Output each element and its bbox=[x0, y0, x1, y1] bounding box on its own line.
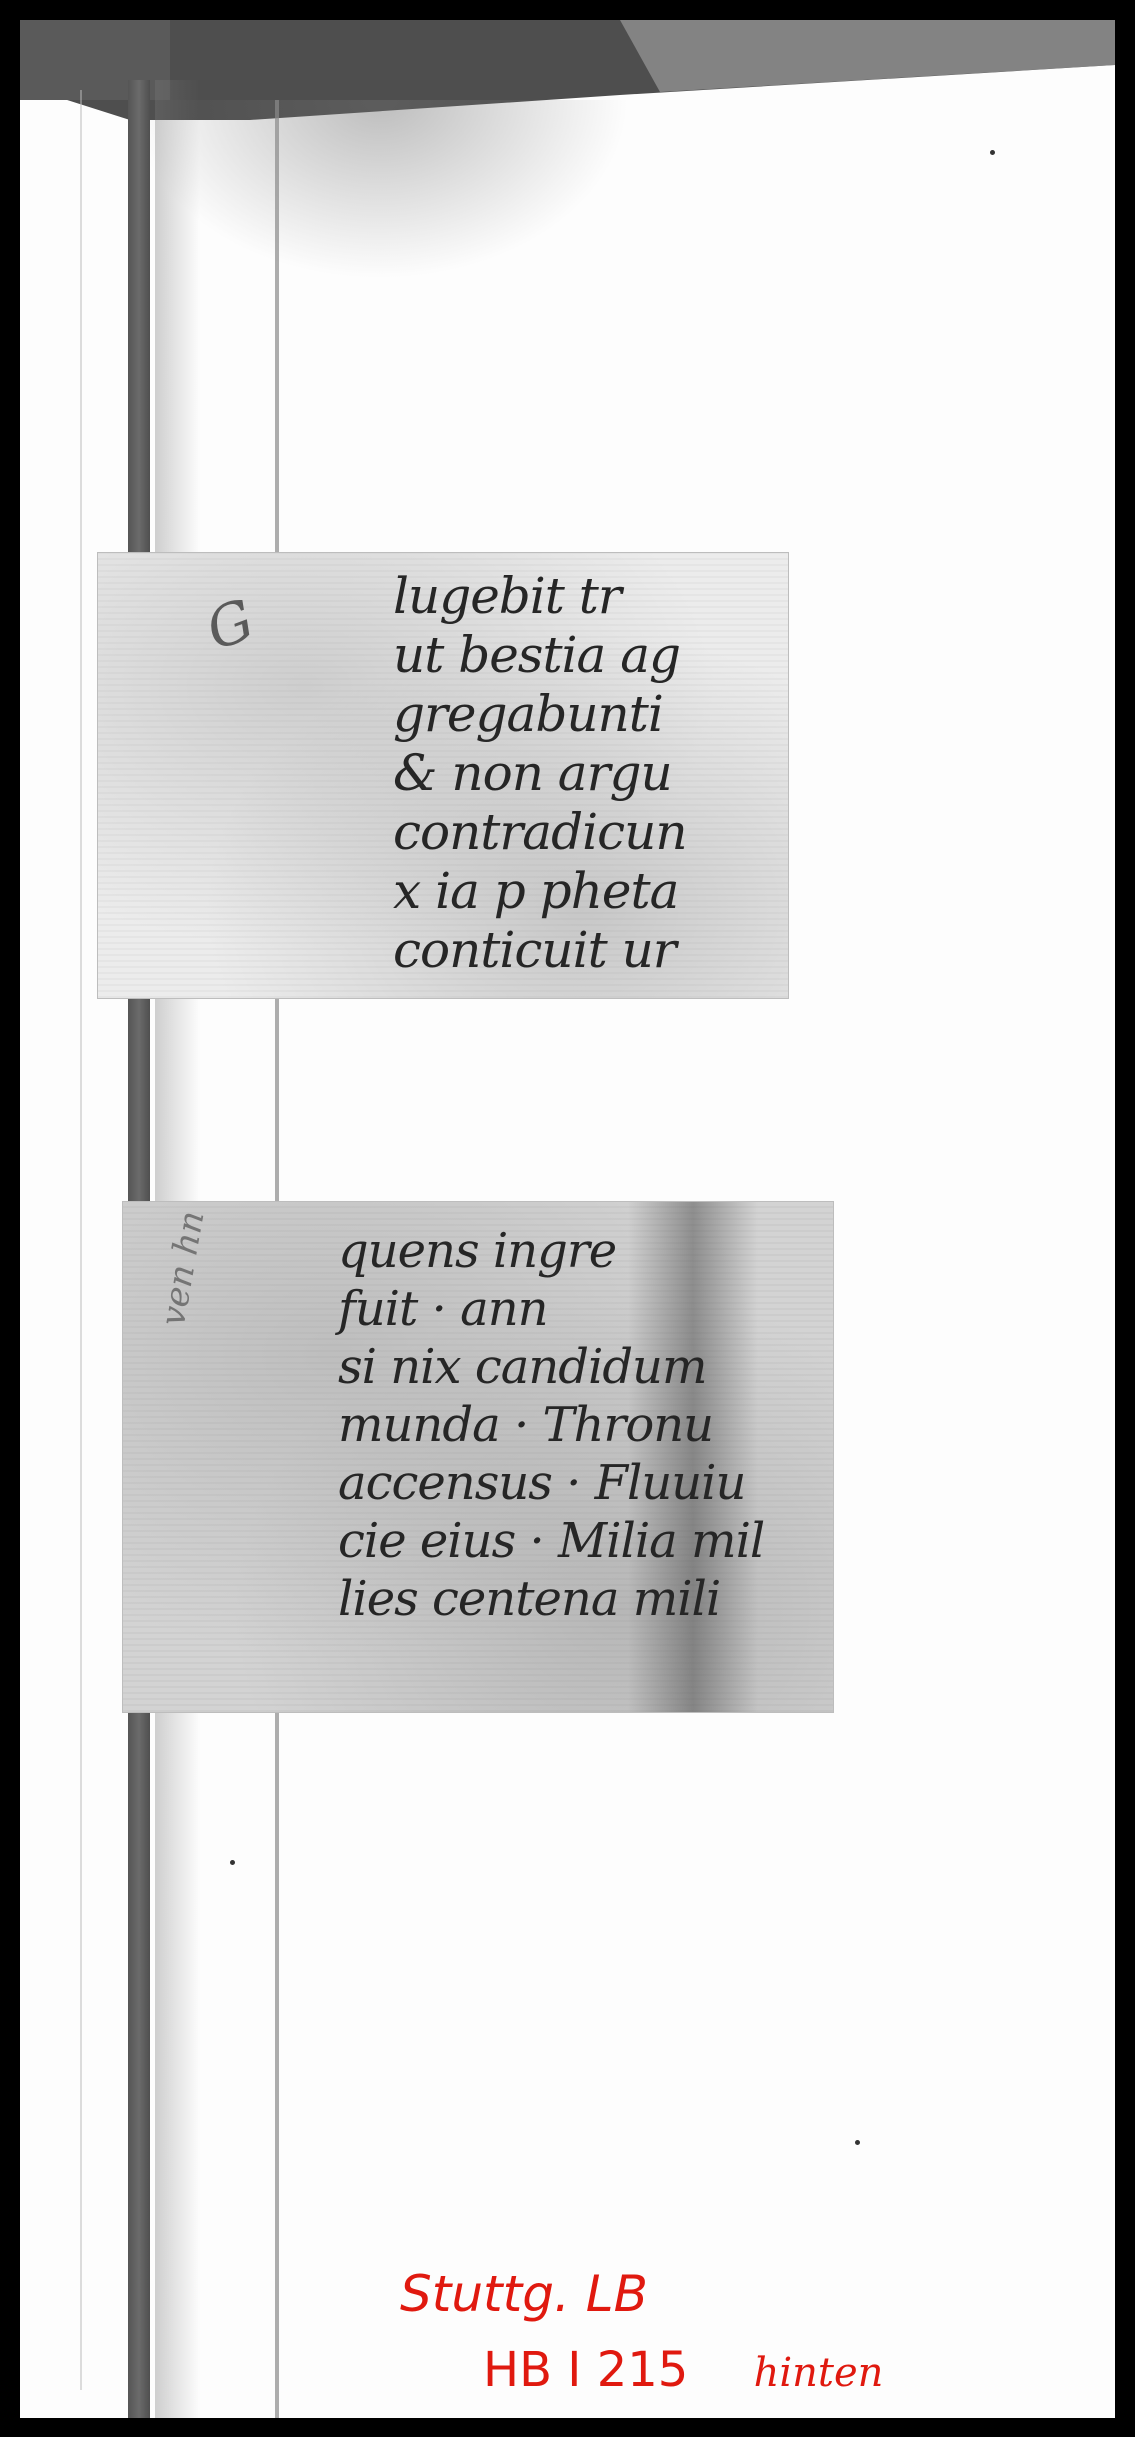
text-line: si nix candidum bbox=[338, 1338, 764, 1396]
text-line: quens ingre bbox=[338, 1222, 764, 1280]
text-line: & non argu bbox=[393, 744, 687, 803]
text-line: gregabunti bbox=[393, 685, 687, 744]
text-line: conticuit ur bbox=[393, 921, 687, 980]
text-line: accensus · Fluuiu bbox=[338, 1454, 764, 1512]
fragment-2-text: quens ingre fuit · ann si nix candidum m… bbox=[338, 1222, 764, 1628]
shelfmark-line-2: HB I 215 hinten bbox=[483, 2342, 883, 2398]
spine-edge-line bbox=[80, 90, 82, 2390]
text-line: lies centena mili bbox=[338, 1570, 764, 1628]
text-line: ut bestia ag bbox=[393, 626, 687, 685]
margin-initial: G bbox=[198, 587, 262, 663]
text-line: x ia p pheta bbox=[393, 862, 687, 921]
fragment-1-text: lugebit tr ut bestia ag gregabunti & non… bbox=[393, 567, 687, 980]
top-stain bbox=[130, 100, 630, 280]
parchment-fragment-1: G lugebit tr ut bestia ag gregabunti & n… bbox=[98, 553, 788, 998]
speck bbox=[855, 2140, 860, 2145]
speck bbox=[990, 150, 995, 155]
text-line: lugebit tr bbox=[393, 567, 687, 626]
shelfmark-line-1: Stuttg. LB bbox=[400, 2265, 648, 2323]
text-line: fuit · ann bbox=[338, 1280, 764, 1338]
page-scan: G lugebit tr ut bestia ag gregabunti & n… bbox=[20, 20, 1115, 2418]
text-line: cie eius · Milia mil bbox=[338, 1512, 764, 1570]
text-line: munda · Thronu bbox=[338, 1396, 764, 1454]
parchment-fragment-2: ven hn quens ingre fuit · ann si nix can… bbox=[123, 1202, 833, 1712]
margin-note: ven hn bbox=[153, 1208, 213, 1329]
text-line: contradicun bbox=[393, 803, 687, 862]
shelfmark-note: hinten bbox=[754, 2350, 884, 2396]
speck bbox=[230, 1860, 235, 1865]
shelfmark-number: HB I 215 bbox=[483, 2342, 688, 2398]
